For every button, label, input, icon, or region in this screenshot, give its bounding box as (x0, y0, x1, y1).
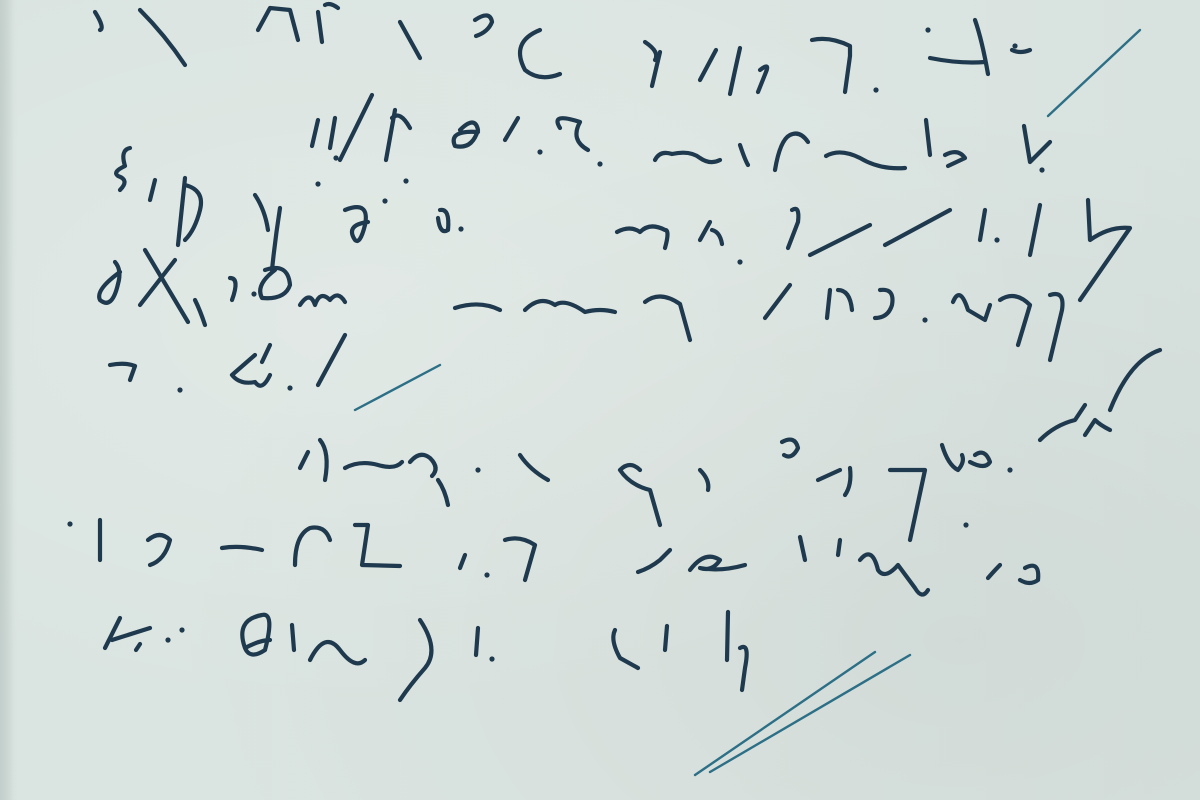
shorthand-stroke (410, 455, 436, 476)
shorthand-stroke (930, 58, 985, 63)
shorthand-dot (994, 237, 999, 242)
shorthand-thin-stroke (355, 365, 440, 410)
shorthand-dot (333, 155, 338, 160)
shorthand-stroke (145, 250, 188, 322)
shorthand-stroke (185, 185, 201, 240)
shorthand-stroke (1024, 126, 1050, 162)
shorthand-stroke (520, 455, 548, 480)
shorthand-stroke (272, 208, 280, 270)
shorthand-stroke (112, 628, 150, 640)
shorthand-stroke (827, 290, 830, 318)
shorthand-dot (1012, 43, 1017, 48)
shorthand-stroke (1110, 350, 1160, 410)
shorthand-stroke (300, 295, 345, 305)
shorthand-stroke (885, 210, 950, 245)
shorthand-dot (922, 317, 927, 322)
shorthand-stroke (782, 440, 798, 457)
shorthand-stroke (222, 547, 262, 550)
shorthand-stroke (136, 644, 140, 650)
shorthand-stroke (318, 335, 345, 385)
manuscript-page (0, 0, 1200, 800)
shorthand-stroke (292, 625, 294, 650)
shorthand-dot (67, 521, 72, 526)
shorthand-stroke (665, 626, 667, 650)
shorthand-stroke (400, 22, 420, 58)
shorthand-stroke (788, 209, 798, 248)
shorthand-dot (873, 87, 878, 92)
shorthand-stroke (700, 470, 708, 490)
shorthand-stroke (455, 304, 500, 310)
shorthand-stroke (765, 285, 790, 318)
shorthand-dot (1007, 467, 1012, 472)
shorthand-stroke (330, 118, 335, 148)
shorthand-stroke (345, 207, 368, 241)
shorthand-stroke (740, 145, 748, 165)
shorthand-stroke (875, 290, 893, 318)
shorthand-stroke (148, 535, 170, 565)
shorthand-stroke (525, 301, 615, 312)
shorthand-dot (475, 467, 480, 472)
shorthand-stroke (505, 538, 535, 580)
shorthand-dot (165, 637, 170, 642)
shorthand-stroke (1020, 566, 1038, 583)
shorthand-ink-layer (0, 0, 1200, 800)
closing-flourish-stroke (710, 655, 910, 772)
shorthand-stroke (258, 8, 298, 40)
shorthand-stroke (295, 528, 330, 566)
shorthand-stroke (95, 12, 102, 30)
shorthand-dot (484, 572, 489, 577)
shorthand-stroke (325, 4, 338, 8)
shorthand-stroke (242, 615, 270, 655)
shorthand-stroke (230, 278, 236, 300)
shorthand-stroke (655, 153, 720, 162)
shorthand-stroke (975, 20, 988, 74)
shorthand-dot (287, 385, 292, 390)
shorthand-dot (537, 149, 542, 154)
shorthand-stroke (345, 462, 402, 468)
shorthand-stroke (620, 465, 660, 525)
shorthand-stroke (810, 225, 870, 255)
shorthand-stroke (400, 620, 431, 700)
shorthand-stroke (505, 118, 518, 140)
shorthand-stroke (1040, 405, 1085, 440)
shorthand-stroke (838, 290, 852, 310)
shorthand-stroke (312, 120, 318, 146)
shorthand-stroke (890, 470, 925, 540)
shorthand-stroke (110, 364, 135, 380)
shorthand-stroke (260, 268, 290, 298)
shorthand-stroke (195, 300, 205, 325)
shorthand-stroke (860, 554, 928, 594)
shorthand-dot (315, 181, 320, 186)
shorthand-stroke (140, 10, 185, 65)
shorthand-stroke (558, 118, 589, 150)
shorthand-dot (925, 27, 930, 32)
shorthand-dot (403, 178, 408, 183)
shorthand-stroke (454, 123, 478, 147)
shorthand-thin-stroke (1048, 30, 1140, 116)
shorthand-stroke (310, 642, 365, 663)
shorthand-stroke (438, 210, 448, 231)
shorthand-stroke (845, 468, 850, 495)
shorthand-stroke (1080, 200, 1130, 300)
shorthand-stroke (355, 525, 400, 566)
shorthand-thin-stroke (695, 652, 875, 775)
shorthand-dot (177, 387, 182, 392)
shorthand-stroke (1030, 205, 1040, 255)
shorthand-dot (179, 627, 184, 632)
shorthand-stroke (700, 50, 716, 80)
shorthand-stroke (727, 612, 728, 660)
shorthand-stroke (740, 647, 747, 690)
shorthand-stroke (1012, 50, 1030, 52)
shorthand-stroke (178, 178, 185, 245)
shorthand-stroke (980, 210, 985, 240)
shorthand-stroke (520, 30, 560, 77)
shorthand-stroke (613, 630, 638, 668)
shorthand-stroke (150, 180, 155, 200)
shorthand-stroke (730, 48, 740, 94)
shorthand-dot (597, 161, 602, 166)
shorthand-stroke (800, 537, 805, 560)
shorthand-dot (458, 226, 463, 231)
shorthand-stroke (105, 618, 120, 648)
shorthand-stroke (942, 445, 963, 470)
shorthand-stroke (340, 95, 372, 160)
shorthand-stroke (812, 39, 850, 92)
shorthand-stroke (475, 15, 492, 36)
shorthand-stroke (758, 66, 767, 92)
shorthand-dot (737, 259, 742, 264)
shorthand-stroke (700, 222, 710, 240)
shorthand-stroke (476, 628, 478, 655)
shorthand-stroke (438, 480, 448, 505)
shorthand-dot (963, 522, 968, 527)
shorthand-strokes (95, 4, 1160, 700)
shorthand-dot (1039, 167, 1044, 172)
shorthand-stroke (460, 555, 465, 568)
shorthand-stroke (320, 440, 327, 480)
shorthand-stroke (988, 565, 1000, 578)
shorthand-stroke (99, 262, 120, 303)
shorthand-stroke (262, 345, 270, 362)
shorthand-stroke (645, 42, 656, 60)
shorthand-dot (382, 198, 387, 203)
shorthand-stroke (300, 452, 308, 468)
shorthand-stroke (953, 295, 990, 320)
shorthand-stroke (712, 230, 722, 244)
shorthand-stroke (818, 470, 840, 480)
shorthand-stroke (775, 134, 808, 170)
shorthand-stroke (140, 260, 175, 305)
shorthand-dot (251, 291, 256, 296)
shorthand-stroke (970, 453, 990, 466)
shorthand-stroke (1050, 294, 1063, 360)
shorthand-stroke (926, 120, 930, 155)
shorthand-stroke (255, 195, 268, 230)
shorthand-stroke (645, 296, 690, 340)
shorthand-stroke (617, 226, 668, 248)
shorthand-stroke (838, 540, 840, 555)
shorthand-dot (489, 656, 494, 661)
shorthand-stroke (690, 557, 745, 570)
shorthand-stroke (638, 550, 670, 572)
shorthand-stroke (318, 12, 322, 42)
shorthand-stroke (1000, 296, 1030, 345)
shorthand-stroke (826, 152, 905, 168)
shorthand-stroke (1085, 420, 1110, 435)
shorthand-stroke (945, 152, 965, 166)
shorthand-stroke (116, 148, 130, 190)
